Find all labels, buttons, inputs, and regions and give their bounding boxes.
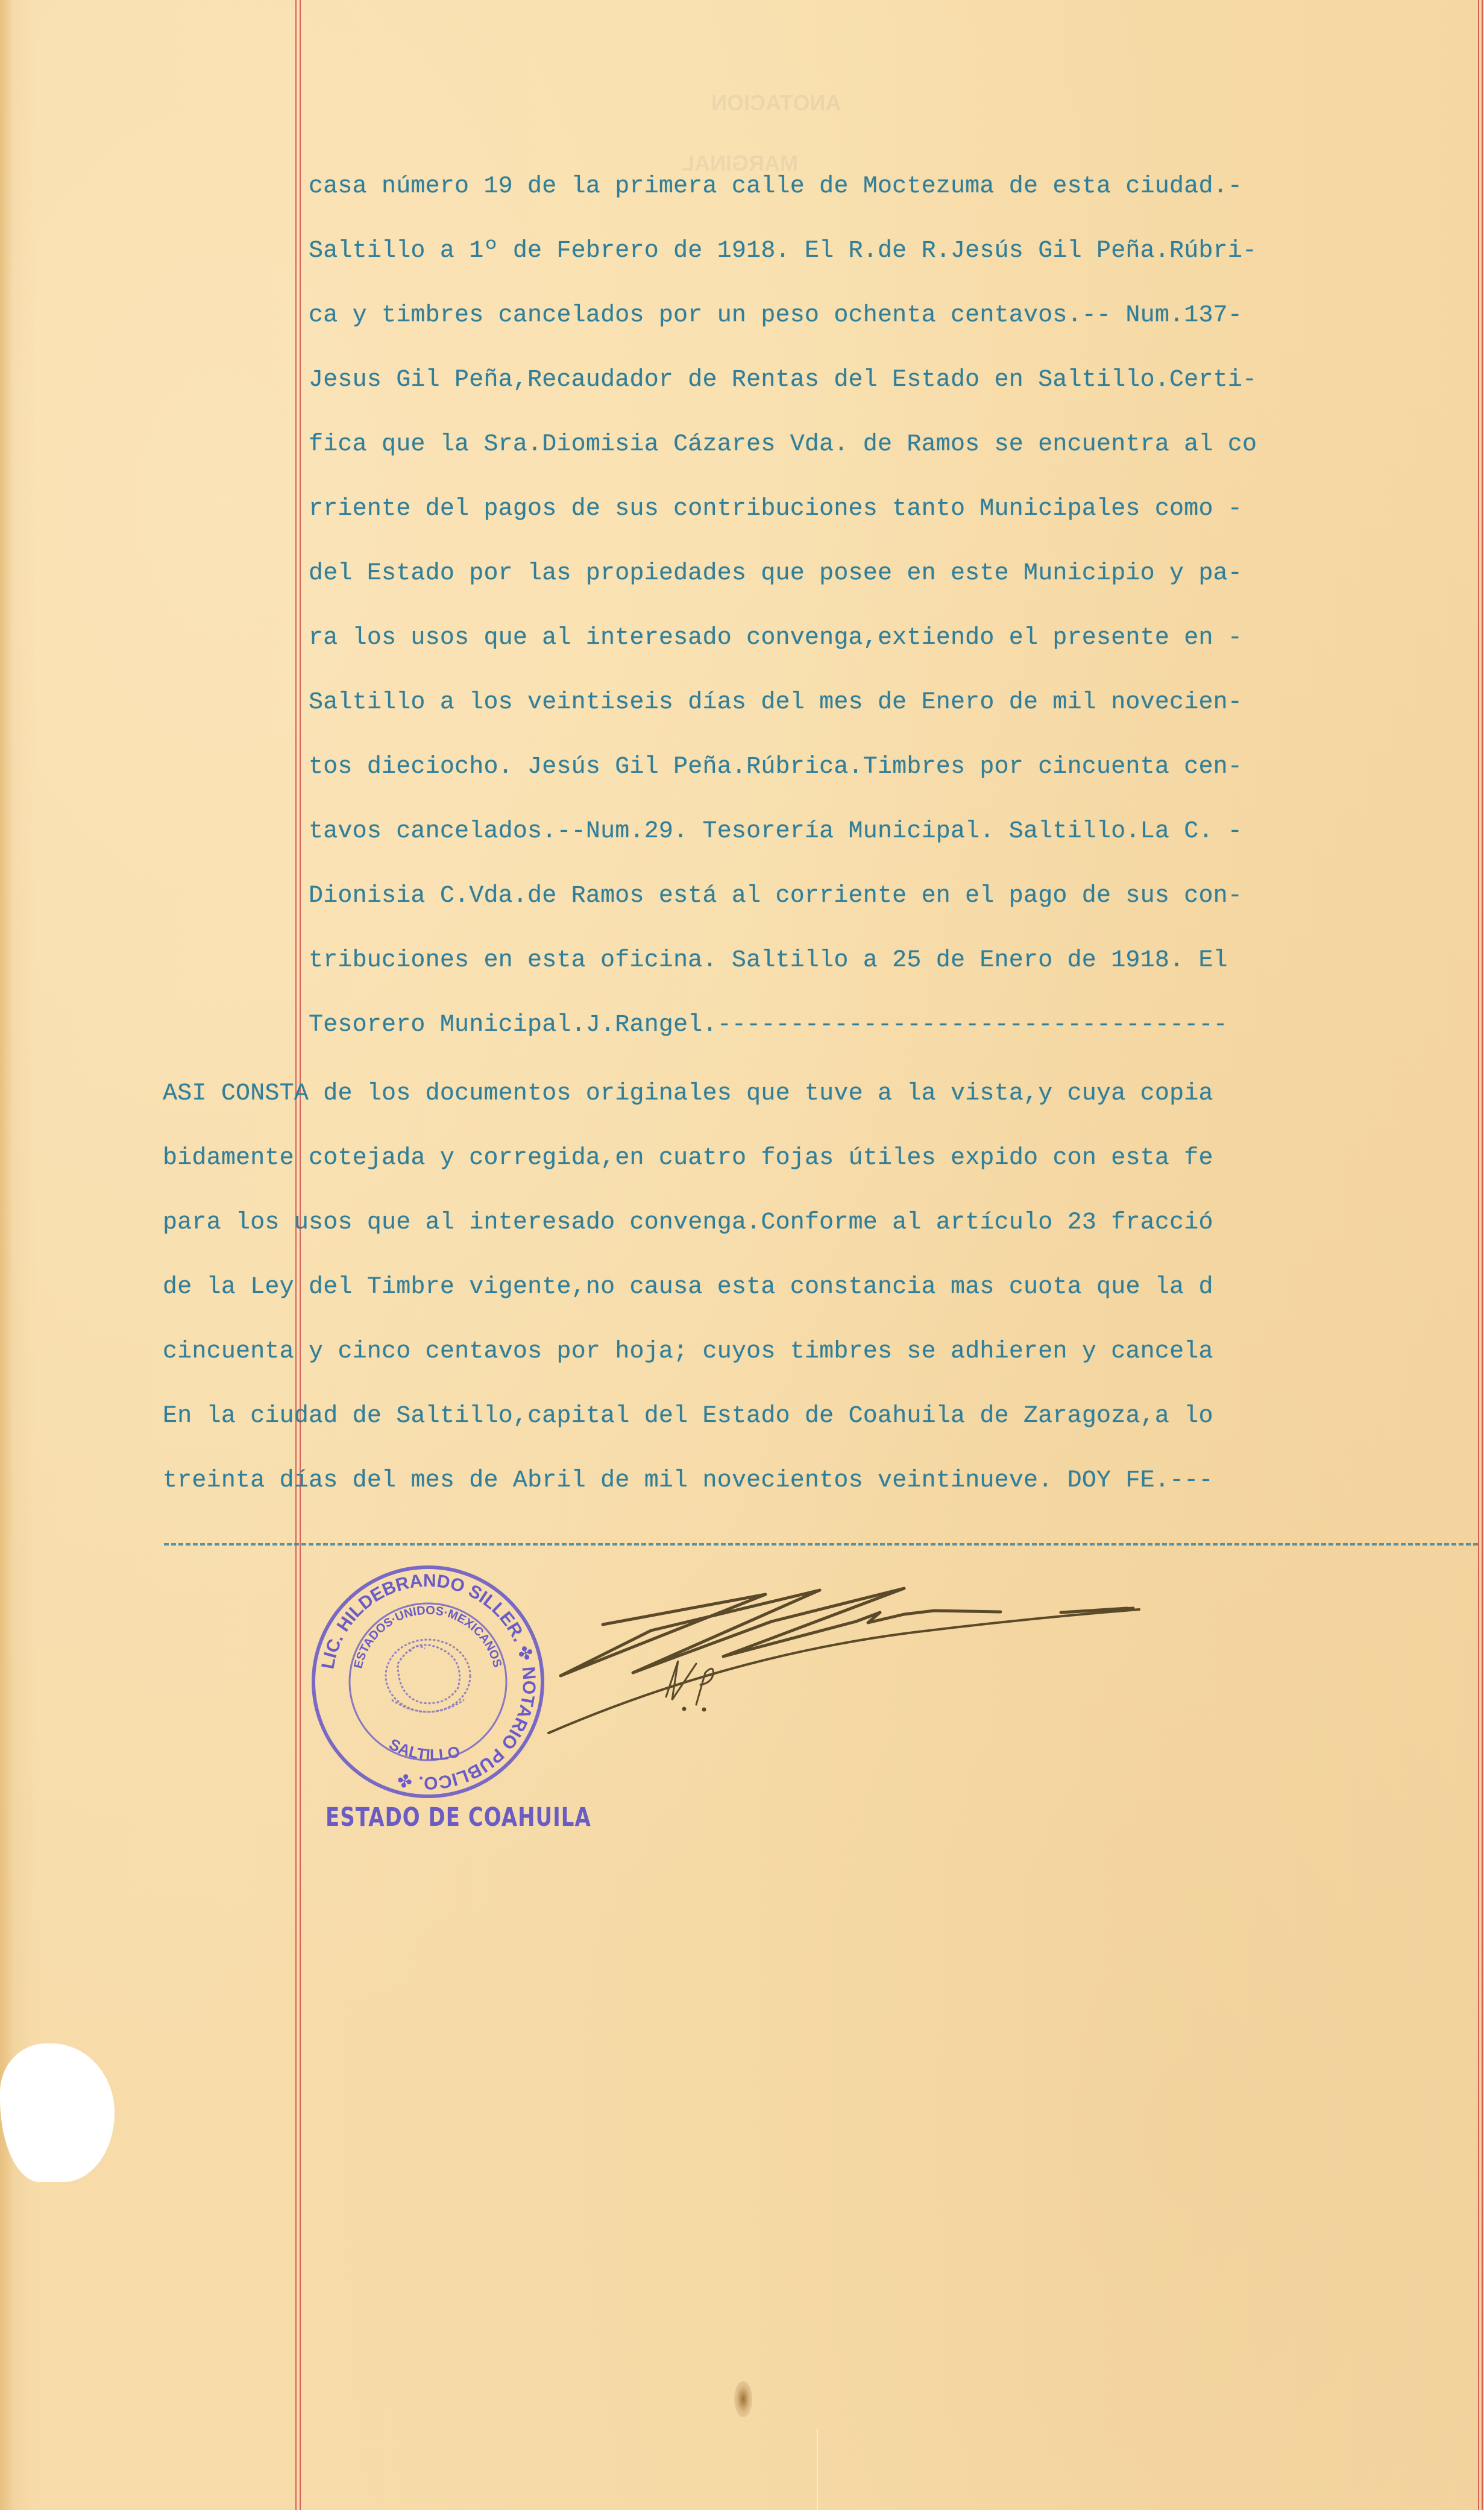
left-margin-line [295, 0, 297, 2510]
typed-line: tribuciones en esta oficina. Saltillo a … [309, 949, 1228, 973]
typed-line: Saltillo a los veintiseis días del mes d… [309, 691, 1242, 715]
left-margin-line [300, 0, 301, 2510]
typed-line: de la Ley del Timbre vigente,no causa es… [163, 1275, 1213, 1300]
typed-line: Saltillo a 1º de Febrero de 1918. El R.d… [309, 239, 1257, 263]
right-margin-line [1478, 0, 1479, 2510]
typed-line: cincuenta y cinco centavos por hoja; cuy… [163, 1340, 1213, 1364]
typed-line: treinta días del mes de Abril de mil nov… [163, 1469, 1213, 1493]
typed-line: tos dieciocho. Jesús Gil Peña.Rúbrica.Ti… [309, 755, 1242, 779]
typed-line: En la ciudad de Saltillo,capital del Est… [163, 1404, 1213, 1429]
closing-dashed-rule [164, 1543, 1478, 1546]
typed-line: casa número 19 de la primera calle de Mo… [309, 175, 1242, 199]
typed-line: rriente del pagos de sus contribuciones … [309, 497, 1242, 521]
seal-inner-text: ESTADOS·UNIDOS·MEXICANOS [351, 1604, 504, 1670]
seal-bottom-text: SALTILLO [386, 1735, 462, 1764]
eagle-emblem-icon [386, 1640, 470, 1712]
show-through-heading: MARGINAL [681, 151, 798, 176]
typed-line: Tesorero Municipal.J.Rangel.------------… [309, 1013, 1228, 1037]
state-stamp: ESTADO DE COAHUILA [325, 1802, 591, 1832]
notary-seal-icon: LIC. HILDEBRANDO SILLER. ✤ NOTARIO PUBLI… [307, 1561, 549, 1802]
typed-line: ca y timbres cancelados por un peso oche… [309, 304, 1242, 328]
typed-line: del Estado por las propiedades que posee… [309, 562, 1242, 586]
typed-line: para los usos que al interesado convenga… [163, 1211, 1213, 1235]
typed-line: ra los usos que al interesado convenga,e… [309, 626, 1242, 650]
typed-line: Dionisia C.Vda.de Ramos está al corrient… [309, 884, 1242, 908]
typed-line: Jesus Gil Peña,Recaudador de Rentas del … [309, 368, 1257, 392]
typed-line: ASI CONSTA de los documentos originales … [163, 1082, 1213, 1106]
right-margin-line [1482, 0, 1483, 2510]
ink-stain [734, 2381, 752, 2417]
show-through-heading: ANOTACION [711, 90, 841, 116]
typed-line: tavos cancelados.--Num.29. Tesorería Mun… [309, 820, 1242, 844]
paper-crease [817, 2429, 818, 2510]
typed-line: bidamente cotejada y corregida,en cuatro… [163, 1146, 1213, 1171]
notary-signature [542, 1555, 1145, 1736]
typed-line: fica que la Sra.Diomisia Cázares Vda. de… [309, 433, 1257, 457]
